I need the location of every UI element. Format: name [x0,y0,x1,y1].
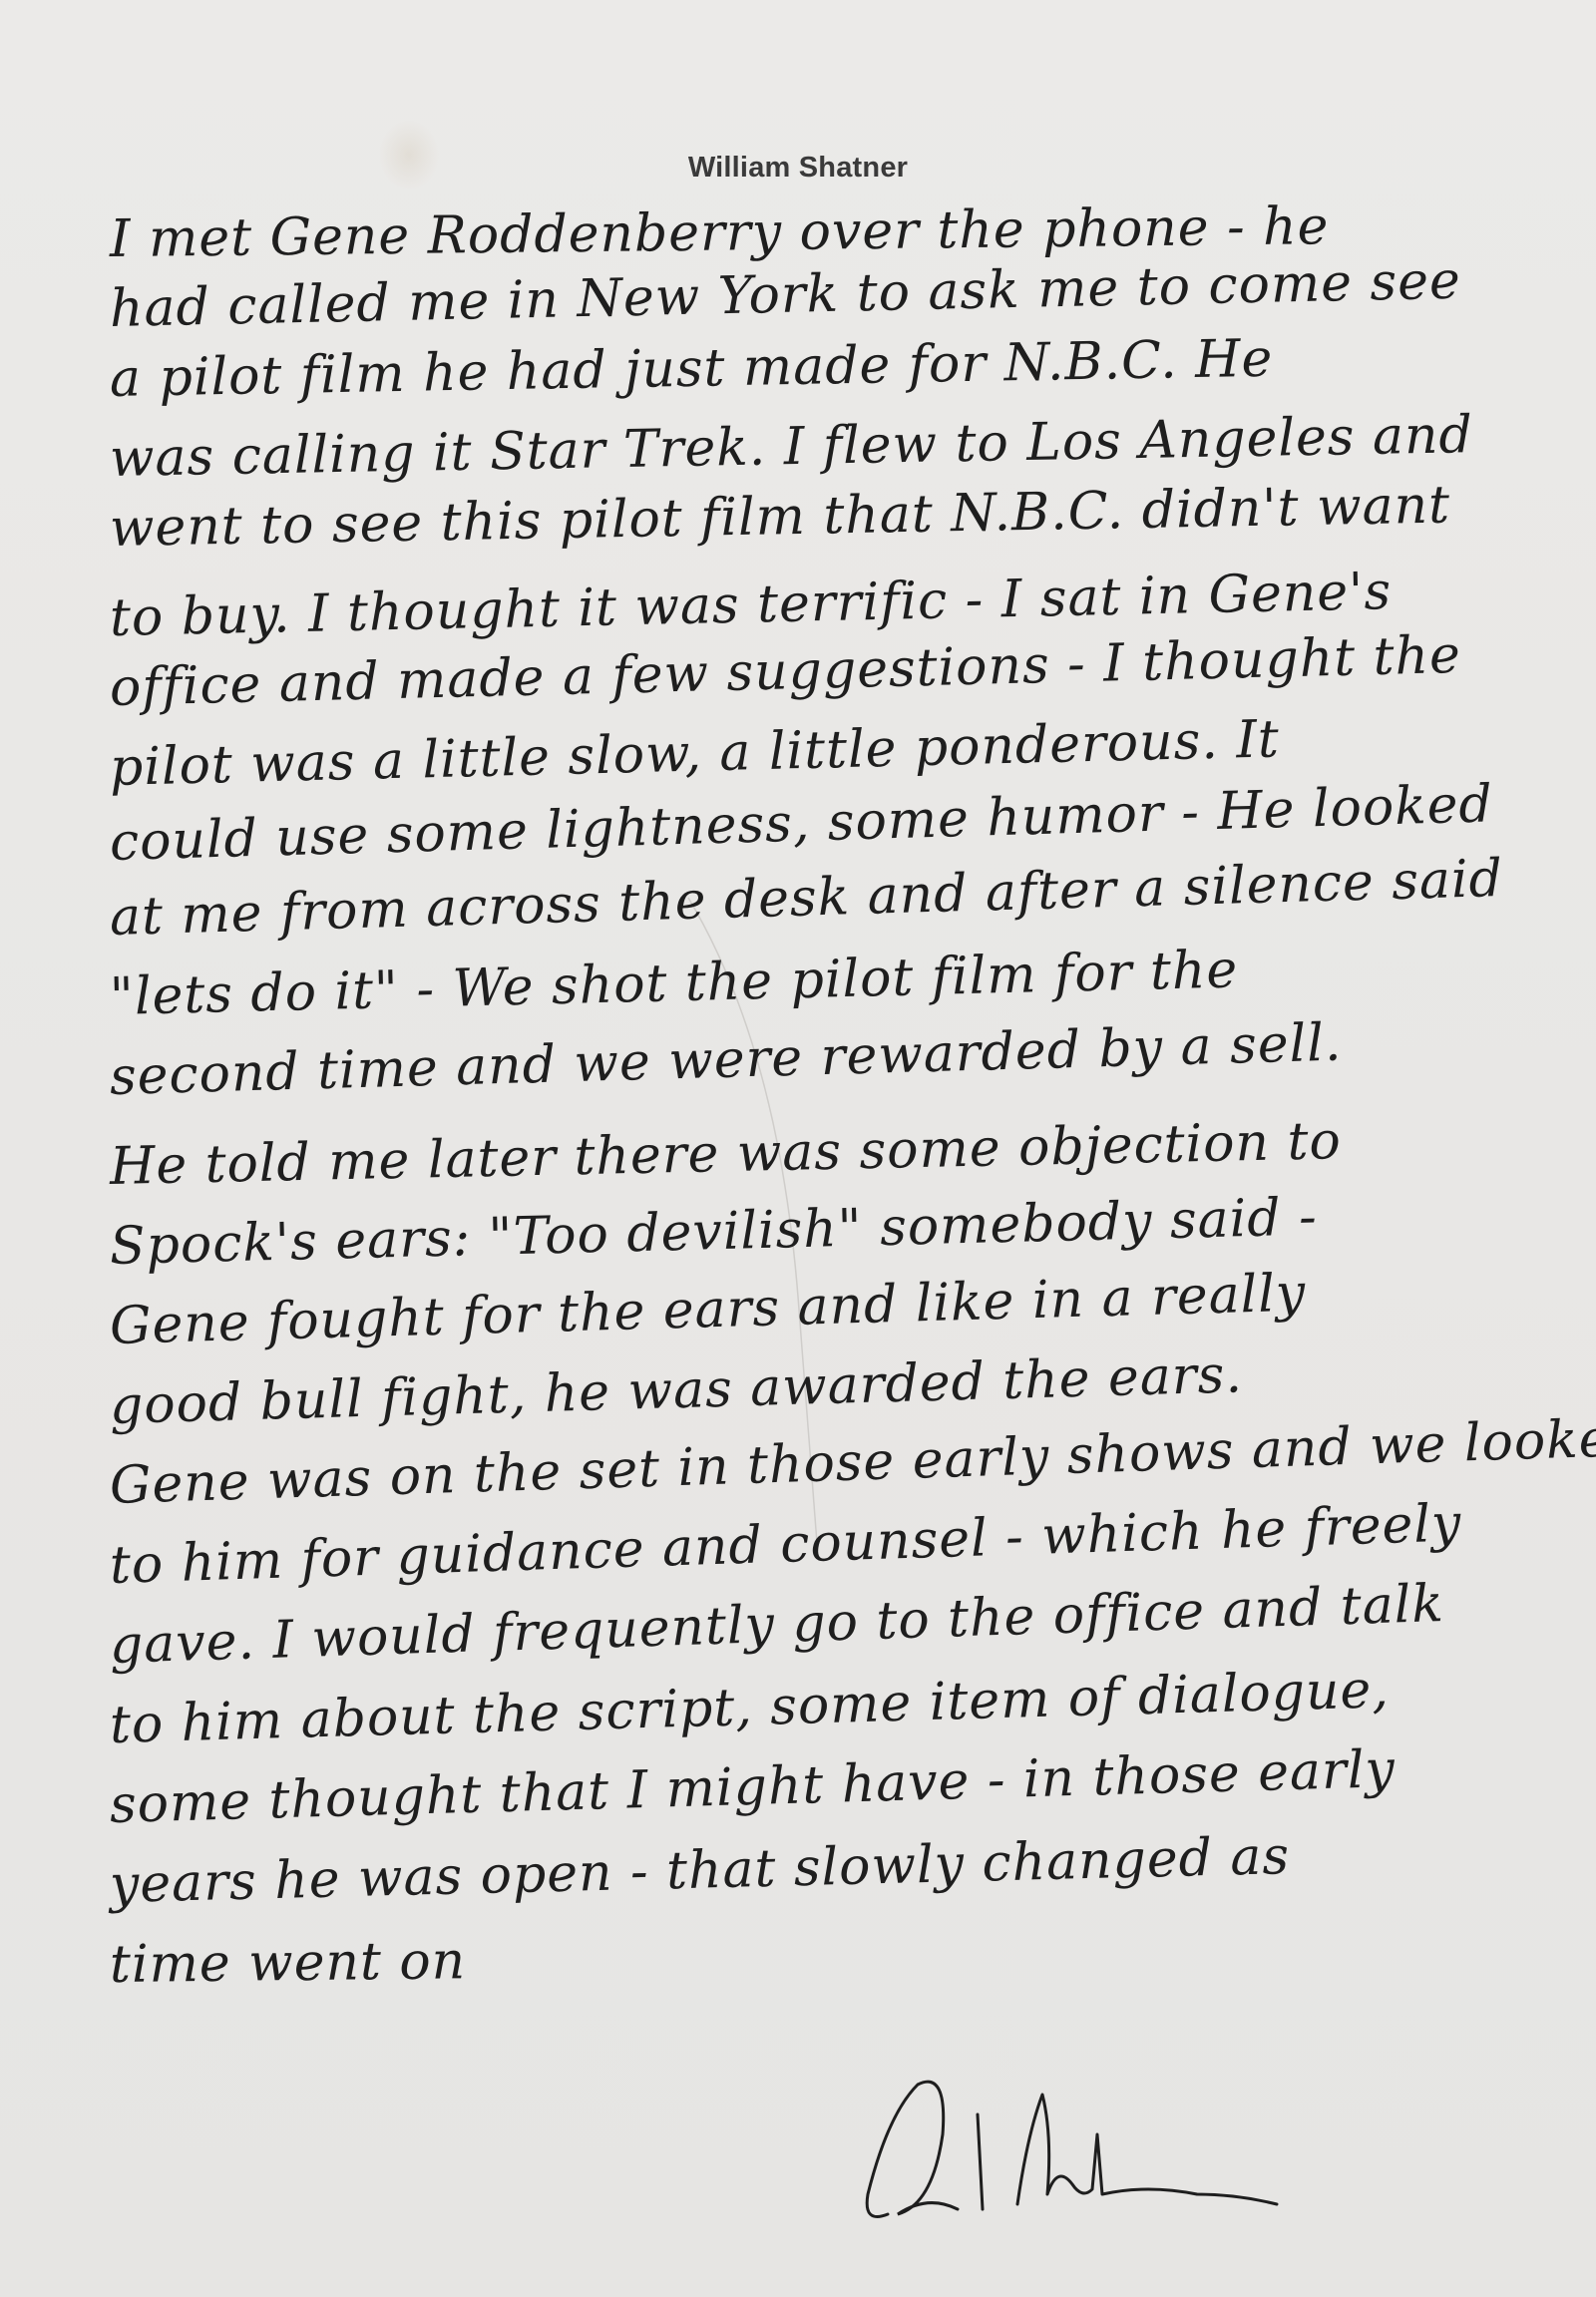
letterhead-name: William Shatner [0,152,1596,185]
letter-line: some thought that I might have - in thos… [109,1739,1396,1835]
letter-line: years he was open - that slowly changed … [109,1826,1291,1915]
letter-line: good bull fight, he was awarded the ears… [109,1344,1243,1436]
letter-line: to him about the script, some item of di… [109,1660,1390,1755]
letter-sheet: William Shatner I met Gene Roddenberry o… [0,0,1596,2297]
letter-line: Gene fought for the ears and like in a r… [109,1264,1307,1356]
letter-line: Spock's ears: "Too devilish" somebody sa… [109,1187,1318,1277]
letter-line: a pilot film he had just made for N.B.C.… [109,329,1273,409]
letter-line: second time and we were rewarded by a se… [109,1013,1343,1107]
letter-line: He told me later there was some objectio… [109,1111,1342,1197]
signature-scrawl-icon [858,2075,1377,2224]
letter-line: time went on [110,1931,467,1995]
letter-line: "lets do it" - We shot the pilot film fo… [109,940,1239,1027]
letter-line: was calling it Star Trek. I flew to Los … [109,405,1473,489]
signature: William Shatner signature [858,2075,1377,2224]
letter-line: went to see this pilot film that N.B.C. … [109,476,1450,559]
